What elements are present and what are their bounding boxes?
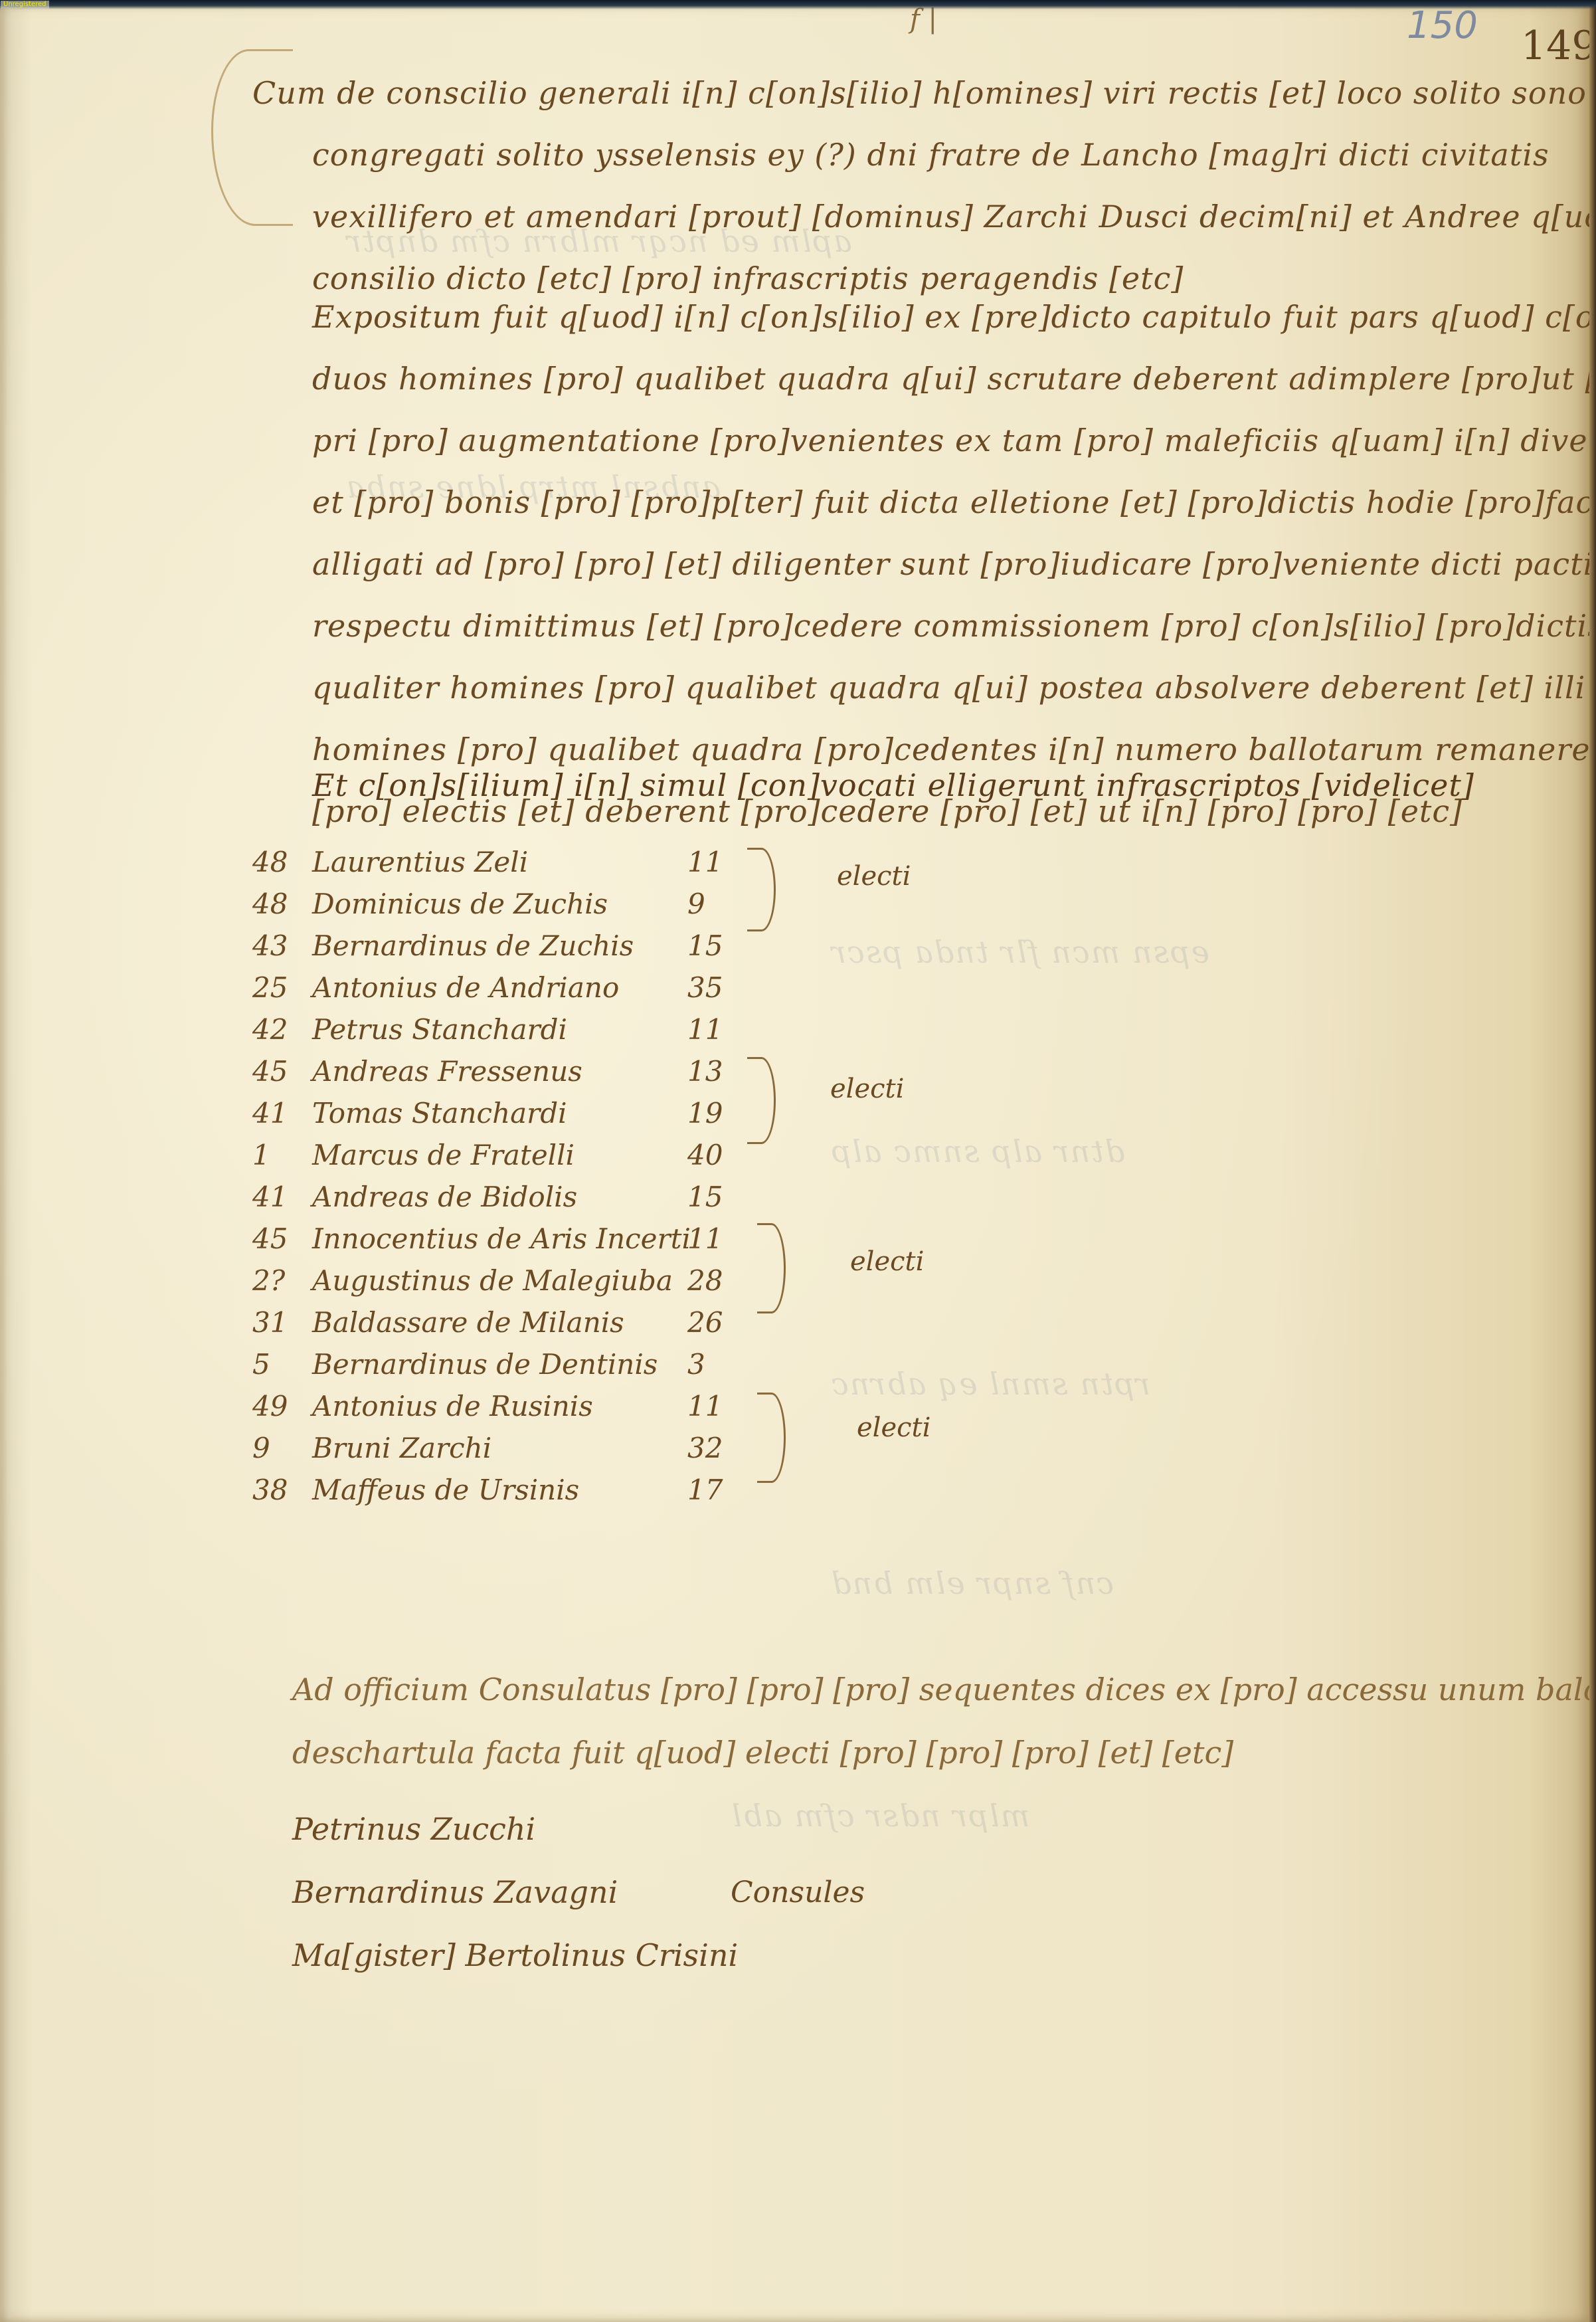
candidate-name: Augustinus de Malegiuba <box>312 1260 673 1302</box>
consul-name: Petrinus Zucchi <box>292 1798 738 1861</box>
tally-count: 13 <box>687 1050 741 1092</box>
vote-count: 41 <box>252 1176 306 1218</box>
candidate-name: Bernardinus de Dentinis <box>312 1343 658 1385</box>
group-brace <box>757 1393 786 1483</box>
vote-count: 9 <box>252 1427 306 1469</box>
candidate-name: Dominicus de Zuchis <box>312 883 608 925</box>
vote-count: 5 <box>252 1343 306 1385</box>
vote-count: 1 <box>252 1134 306 1176</box>
candidate-name: Innocentius de Aris Incerti <box>312 1218 691 1260</box>
group-brace <box>747 848 776 931</box>
vote-count: 43 <box>252 925 306 967</box>
candidate-name: Antonius de Rusinis <box>312 1385 593 1427</box>
tally-count: 28 <box>687 1260 741 1302</box>
tally-count: 15 <box>687 925 741 967</box>
candidate-name: Andreas Fressenus <box>312 1050 582 1092</box>
tally-count: 11 <box>687 841 741 883</box>
list-item: 42 Petrus Stanchardi 11 <box>252 1009 1049 1050</box>
consul-name: Bernardinus Zavagni <box>292 1861 738 1924</box>
text-line: Et c[on]s[ilium] i[n] simul [con]vocati … <box>312 755 1596 817</box>
list-item: 31 Baldassare de Milanis 26 <box>252 1302 1049 1343</box>
text-line: Ad officium Consulatus [pro] [pro] [pro]… <box>292 1658 1554 1721</box>
text-line: Cum de conscilio generali i[n] c[on]s[il… <box>252 62 1554 124</box>
vote-count: 48 <box>252 841 306 883</box>
consuls-list: Petrinus Zucchi Bernardinus Zavagni Ma[g… <box>292 1798 738 1987</box>
group-brace <box>757 1223 786 1313</box>
electi-label: electi <box>857 1412 931 1443</box>
electi-label: electi <box>850 1246 924 1277</box>
tally-count: 26 <box>687 1302 741 1343</box>
tally-count: 15 <box>687 1176 741 1218</box>
candidate-name: Tomas Stanchardi <box>312 1092 567 1134</box>
tally-count: 32 <box>687 1427 741 1469</box>
list-item: 43 Bernardinus de Zuchis 15 <box>252 925 1049 967</box>
paragraph-consulate: Ad officium Consulatus [pro] [pro] [pro]… <box>292 1658 1554 1785</box>
electi-label: electi <box>837 861 911 892</box>
vote-count: 45 <box>252 1050 306 1092</box>
list-item: 25 Antonius de Andriano 35 <box>252 967 1049 1009</box>
vote-count: 41 <box>252 1092 306 1134</box>
manuscript-page: aplm ed ncqr mlbrn cfm dnptr anbsnl mtrp… <box>0 4 1593 2322</box>
tally-count: 9 <box>687 883 741 925</box>
text-line: respectu dimittimus [et] [pro]cedere com… <box>312 595 1561 657</box>
list-item: 45 Andreas Fressenus 13 <box>252 1050 1049 1092</box>
list-item: 45 Innocentius de Aris Incerti 11 <box>252 1218 1049 1260</box>
list-item: 41 Andreas de Bidolis 15 <box>252 1176 1049 1218</box>
list-item: 48 Dominicus de Zuchis 9 <box>252 883 1049 925</box>
candidate-name: Maffeus de Ursinis <box>312 1469 579 1511</box>
list-item: 2? Augustinus de Malegiuba 28 <box>252 1260 1049 1302</box>
candidate-name: Baldassare de Milanis <box>312 1302 624 1343</box>
paragraph-election-intro: Et c[on]s[ilium] i[n] simul [con]vocati … <box>312 755 1596 817</box>
list-item: 48 Laurentius Zeli 11 <box>252 841 1049 883</box>
text-line: et [pro] bonis [pro] [pro]p[ter] fuit di… <box>312 472 1561 533</box>
show-through-text: mlpr ndsr cfm abl <box>731 1798 1029 1834</box>
text-line: deschartula facta fuit q[uod] electi [pr… <box>292 1721 1554 1785</box>
candidate-name: Laurentius Zeli <box>312 841 528 883</box>
list-item: 5 Bernardinus de Dentinis 3 <box>252 1343 1049 1385</box>
election-list: 48 Laurentius Zeli 11 48 Dominicus de Zu… <box>252 841 1049 1511</box>
candidate-name: Bruni Zarchi <box>312 1427 491 1469</box>
text-line: vexillifero et amendari [prout] [dominus… <box>252 186 1554 248</box>
text-line: congregati solito ysselensis ey (?) dni … <box>252 124 1554 186</box>
list-item: 1 Marcus de Fratelli 40 <box>252 1134 1049 1176</box>
text-line: qualiter homines [pro] qualibet quadra q… <box>312 657 1561 719</box>
text-line: duos homines [pro] qualibet quadra q[ui]… <box>312 348 1561 410</box>
pencil-folio-number: 150 <box>1407 4 1478 47</box>
candidate-name: Bernardinus de Zuchis <box>312 925 634 967</box>
paragraph-intro: Cum de conscilio generali i[n] c[on]s[il… <box>252 62 1554 310</box>
electi-label: electi <box>830 1074 904 1104</box>
vote-count: 31 <box>252 1302 306 1343</box>
candidate-name: Andreas de Bidolis <box>312 1176 577 1218</box>
page-right-edge <box>1589 0 1596 2322</box>
text-line: Expositum fuit q[uod] i[n] c[on]s[ilio] … <box>312 286 1561 348</box>
tally-count: 11 <box>687 1218 741 1260</box>
tally-count: 35 <box>687 967 741 1009</box>
candidate-name: Antonius de Andriano <box>312 967 619 1009</box>
tally-count: 3 <box>687 1343 741 1385</box>
list-item: 41 Tomas Stanchardi 19 <box>252 1092 1049 1134</box>
text-line: alligati ad [pro] [pro] [et] diligenter … <box>312 533 1561 595</box>
list-item: 38 Maffeus de Ursinis 17 <box>252 1469 1049 1511</box>
vote-count: 2? <box>252 1260 306 1302</box>
tally-count: 17 <box>687 1469 741 1511</box>
vote-count: 49 <box>252 1385 306 1427</box>
vote-count: 25 <box>252 967 306 1009</box>
vote-count: 42 <box>252 1009 306 1050</box>
tally-count: 11 <box>687 1385 741 1427</box>
vote-count: 48 <box>252 883 306 925</box>
candidate-name: Marcus de Fratelli <box>312 1134 575 1176</box>
show-through-text: cnf snpr elm bnd <box>830 1565 1114 1601</box>
unregistered-watermark: Unregistered <box>1 1 49 9</box>
scan-top-edge <box>0 0 1596 9</box>
consul-name: Ma[gister] Bertolinus Crisini <box>292 1924 738 1987</box>
candidate-name: Petrus Stanchardi <box>312 1009 567 1050</box>
group-brace <box>747 1057 776 1144</box>
consules-label: Consules <box>731 1861 865 1924</box>
tally-count: 40 <box>687 1134 741 1176</box>
tally-count: 19 <box>687 1092 741 1134</box>
vote-count: 45 <box>252 1218 306 1260</box>
tally-count: 11 <box>687 1009 741 1050</box>
text-line: pri [pro] augmentatione [pro]venientes e… <box>312 410 1561 472</box>
vote-count: 38 <box>252 1469 306 1511</box>
